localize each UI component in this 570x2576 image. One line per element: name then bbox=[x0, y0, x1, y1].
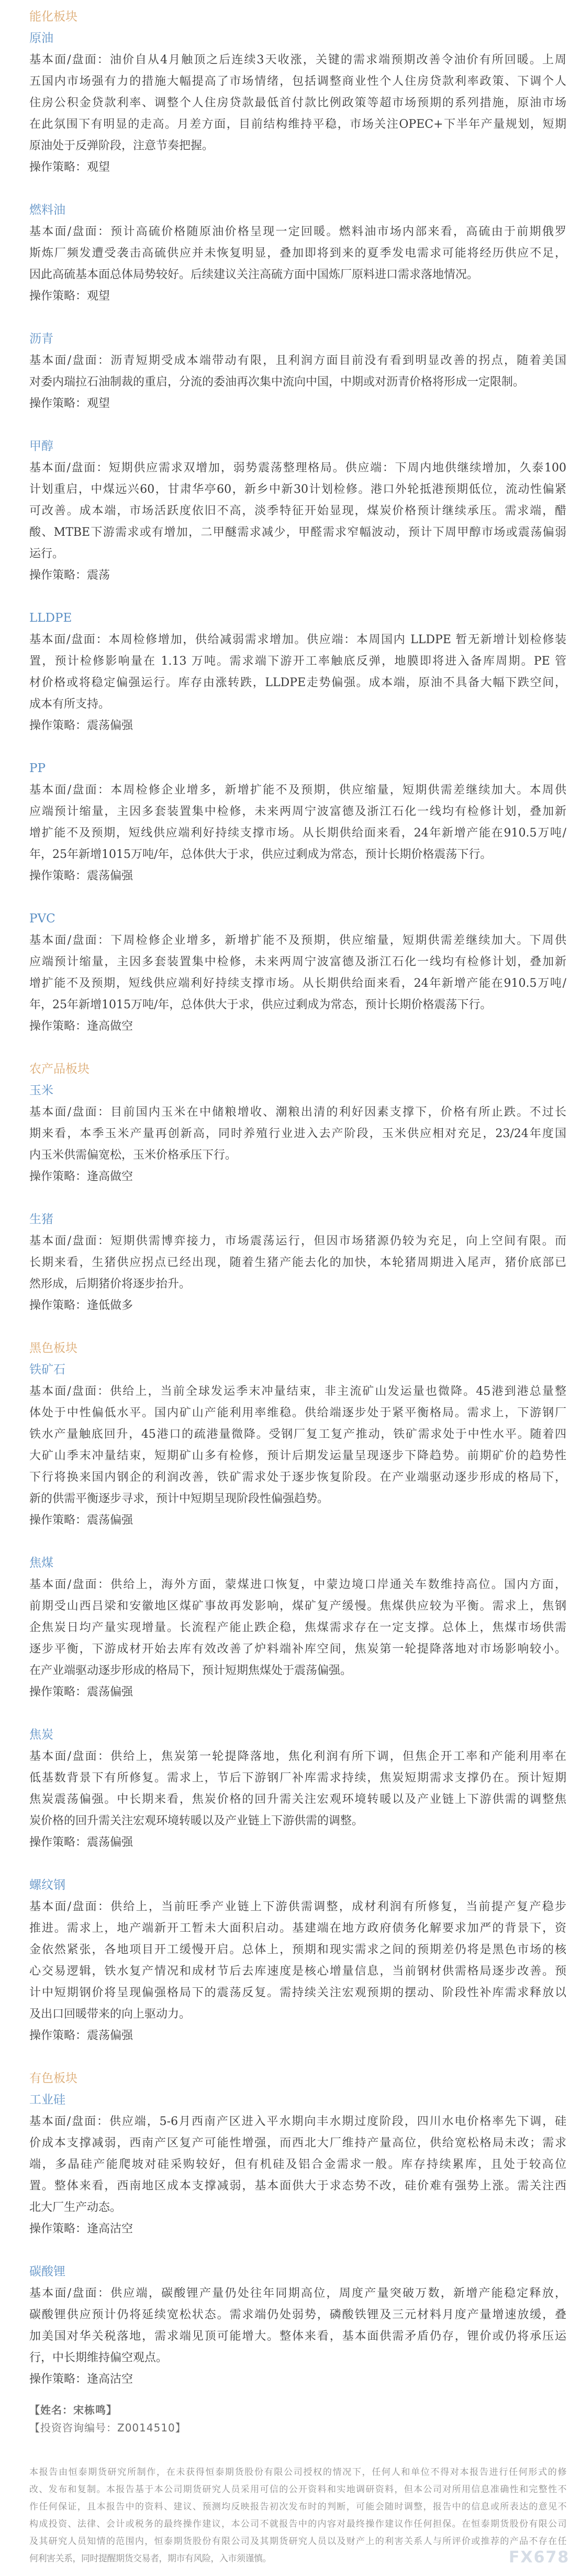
commodity-spacer bbox=[29, 307, 566, 328]
sector-section: 农产品板块玉米基本面/盘面：目前国内玉米在中储粮增收、潮粮出清的利好因素支撑下，… bbox=[29, 1059, 566, 1316]
disclaimer-line: 改、发布和复制。本报告基于本公司期货研究人员采用可信的公开资料和实地调研资料，但… bbox=[29, 2481, 566, 2498]
fundamentals-text-line: 增扩能不及预期，短线供应端利好持续支撑市场。从长期供给面来看，24年新增产能在9… bbox=[29, 822, 566, 844]
disclaimer: 本报告由恒泰期货研究所制作，在未获得恒泰期货股份有限公司授权的情况下，任何人和单… bbox=[29, 2464, 566, 2568]
commodity-analysis: 工业硅基本面/盘面：供应端，5-6月西南产区进入平水期向丰水期过度阶段，四川水电… bbox=[29, 2089, 566, 2240]
fundamentals-text-line: 对委内瑞拉石油制裁的重启，分流的委油再次集中流向中国，中期或对沥青价格将形成一定… bbox=[29, 371, 566, 393]
commodity-analysis: 铁矿石基本面/盘面：供给上，当前全球发运季末冲量结束，非主流矿山发运量也微降。4… bbox=[29, 1359, 566, 1531]
commodity-spacer bbox=[29, 178, 566, 200]
commodity-analysis: 原油基本面/盘面：油价自从4月触顶之后连续3天收涨，关键的需求端预期改善令油价有… bbox=[29, 28, 566, 178]
sector-heading: 能化板块 bbox=[29, 6, 566, 28]
strategy-text: 操作策略：逢高做空 bbox=[29, 1016, 566, 1037]
commodity-analysis: 燃料油基本面/盘面：预计高硫价格随原油价格呈现一定回暖。燃料油市场内部来看，高硫… bbox=[29, 200, 566, 307]
fundamentals-text-line: 增扩能不及预期，短线供应端利好持续支撑市场。从长期供给面来看，24年新增产能在9… bbox=[29, 973, 566, 994]
commodity-analysis: 焦煤基本面/盘面：供给上，海外方面，蒙煤进口恢复，中蒙边境口岸通关车数维持高位。… bbox=[29, 1553, 566, 1703]
fx678-watermark-logo: FX678 bbox=[509, 2548, 569, 2567]
fundamentals-text-line: 原油处于反弹阶段，注意节奏把握。 bbox=[29, 135, 566, 157]
fundamentals-text-line: 前期受山西吕梁和安徽地区煤矿事故再发影响，煤矿复产缓慢。焦煤供应较为平衡。需求上… bbox=[29, 1595, 566, 1617]
commodity-title: 燃料油 bbox=[29, 200, 566, 221]
commodity-title: 焦炭 bbox=[29, 1724, 566, 1746]
strategy-text: 操作策略：震荡 bbox=[29, 565, 566, 586]
commodity-title: 铁矿石 bbox=[29, 1359, 566, 1381]
fundamentals-text-line: 大矿山季末冲量结束，短期矿山多有检修，预计后期发运量呈现逐步下降趋势。前期矿价的… bbox=[29, 1445, 566, 1467]
fundamentals-text-line: 基本面/盘面：沥青短期受成本端带动有限，且利润方面目前没有看到明显改善的拐点，随… bbox=[29, 350, 566, 371]
sector-section: 有色板块工业硅基本面/盘面：供应端，5-6月西南产区进入平水期向丰水期过度阶段，… bbox=[29, 2068, 566, 2390]
strategy-text: 操作策略：震荡偏强 bbox=[29, 865, 566, 887]
commodity-analysis: 沥青基本面/盘面：沥青短期受成本端带动有限，且利润方面目前没有看到明显改善的拐点… bbox=[29, 328, 566, 414]
fundamentals-text-line: 铁水产量触底回升，45港口的疏港量微降。受钢厂复工复产推动，铁矿需求处于中性水平… bbox=[29, 1424, 566, 1445]
fundamentals-text-line: 然形成，后期猪价将逐步抬升。 bbox=[29, 1273, 566, 1295]
commodity-title: LLDPE bbox=[29, 608, 566, 629]
commodity-title: 碳酸锂 bbox=[29, 2261, 566, 2283]
fundamentals-text-line: 基本面/盘面：短期供需博弈接力，市场震荡运行，但因市场猪源仍较为充足，向上空间有… bbox=[29, 1230, 566, 1252]
commodity-title: 玉米 bbox=[29, 1080, 566, 1102]
fundamentals-text-line: 应端预计缩量，主因多套装置集中检修，未来两周宁波富德及浙江石化一线均有检修计划，… bbox=[29, 951, 566, 973]
fundamentals-text-line: 因此高硫基本面总体局势较好。后续建议关注高硫方面中国炼厂原料进口需求落地情况。 bbox=[29, 264, 566, 285]
commodity-analysis: 生猪基本面/盘面：短期供需博弈接力，市场震荡运行，但因市场猪源仍较为充足，向上空… bbox=[29, 1209, 566, 1316]
fundamentals-text-line: 基本面/盘面：供给上，焦炭第一轮提降落地，焦化利润有所下调，但焦企开工率和产能利… bbox=[29, 1746, 566, 1767]
commodity-title: 甲醇 bbox=[29, 436, 566, 457]
strategy-text: 操作策略：震荡偏强 bbox=[29, 1681, 566, 1703]
sector-section: 能化板块原油基本面/盘面：油价自从4月触顶之后连续3天收涨，关键的需求端预期改善… bbox=[29, 6, 566, 1037]
commodity-spacer bbox=[29, 1703, 566, 1724]
fundamentals-text-line: 心交易逻辑，铁水复产情况和成材节后去库速度是核心增量信息，当前钢材供需格局逐步改… bbox=[29, 1961, 566, 1982]
fundamentals-text-line: 五国内市场强有力的措施大幅提高了市场情绪，包括调整商业性个人住房贷款利率政策、下… bbox=[29, 71, 566, 92]
fundamentals-text-line: 基本面/盘面：短期供应需求双增加，弱势震荡整理格局。供应端：下周内地供继续增加，… bbox=[29, 457, 566, 479]
strategy-text: 操作策略：逢高沽空 bbox=[29, 2369, 566, 2390]
disclaimer-line: 本报告由恒泰期货研究所制作，在未获得恒泰期货股份有限公司授权的情况下，任何人和单… bbox=[29, 2464, 566, 2481]
fundamentals-text-line: 基本面/盘面：预计高硫价格随原油价格呈现一定回暖。燃料油市场内部来看，高硫由于前… bbox=[29, 221, 566, 243]
fundamentals-text-line: 低基数背景下有所修复。需求上，节后下游钢厂补库需求持续，焦炭短期需求支撑仍在。预… bbox=[29, 1767, 566, 1789]
fundamentals-text-line: 成本有所支持。 bbox=[29, 693, 566, 715]
strategy-text: 操作策略：逢高做空 bbox=[29, 1166, 566, 1187]
fundamentals-text-line: 新的供需平衡逐步寻求，预计中短期呈现阶段性偏强趋势。 bbox=[29, 1488, 566, 1510]
fundamentals-text-line: 基本面/盘面：下周检修企业增多，新增扩能不及预期，供应缩量，短期供需差继续加大。… bbox=[29, 930, 566, 951]
fundamentals-text-line: 金依然紧张，各地项目开工缓慢开启。总体上，预期和现实需求之间的预期差仍将是黑色市… bbox=[29, 1939, 566, 1961]
commodity-title: 螺纹钢 bbox=[29, 1875, 566, 1896]
disclaimer-line: 何利害关系，同时提醒期货交易者，期市有风险，入市须谨慎。 bbox=[29, 2550, 566, 2568]
commodity-spacer bbox=[29, 2240, 566, 2261]
section-spacer bbox=[29, 2046, 566, 2068]
commodity-title: PP bbox=[29, 758, 566, 779]
fundamentals-text-line: 应端预计缩量，主因多套装置集中检修，未来两周宁波富德及浙江石化一线均有检修计划，… bbox=[29, 801, 566, 822]
fundamentals-text-line: 基本面/盘面：供应端，碳酸锂产量仍处往年同期高位，周度产量突破万数，新增产能稳定… bbox=[29, 2283, 566, 2304]
section-spacer bbox=[29, 1316, 566, 1338]
fundamentals-text-line: 年，25年新增1015万吨/年，总体供大于求，供应过剩成为常态，预计长期价格震荡… bbox=[29, 844, 566, 865]
commodity-analysis: LLDPE基本面/盘面：本周检修增加，供给减弱需求增加。供应端：本周国内 LLD… bbox=[29, 608, 566, 736]
fundamentals-text-line: 期来看，本季玉米产量再创新高，同时养殖行业进入去产阶段，玉米供应相对充足，23/… bbox=[29, 1123, 566, 1144]
fundamentals-text-line: 置，预计检修影响量在 1.13 万吨。需求端下游开工率触底反弹，地膜即将进入备库… bbox=[29, 651, 566, 672]
commodity-title: 生猪 bbox=[29, 1209, 566, 1230]
strategy-text: 操作策略：震荡偏强 bbox=[29, 1832, 566, 1853]
fundamentals-text-line: 在产业端驱动逐步形成的格局下，预计短期焦煤处于震荡偏强。 bbox=[29, 1660, 566, 1681]
fundamentals-text-line: 年，25年新增1015万吨/年，总体供大于求，供应过剩成为常态，预计长期价格震荡… bbox=[29, 994, 566, 1016]
fundamentals-text-line: 推进。需求上，地产端新开工暂未大面积启动。基建端在地方政府债务化解要求加严的背景… bbox=[29, 1918, 566, 1939]
fundamentals-text-line: 焦炭震荡偏强。中长期来看，焦炭价格的回升需关注宏观环境转暖以及产业链上下游供需的… bbox=[29, 1789, 566, 1810]
commodity-analysis: 甲醇基本面/盘面：短期供应需求双增加，弱势震荡整理格局。供应端：下周内地供继续增… bbox=[29, 436, 566, 586]
fundamentals-text-line: 计划重启，中煤远兴60，甘肃华亭60，新乡中新30计划检修。港口外轮抵港预期低位… bbox=[29, 479, 566, 500]
fundamentals-text-line: 碳酸锂供应预计仍将延续宽松状态。需求端仍处弱势，磷酸铁锂及三元材料月度产量增速放… bbox=[29, 2304, 566, 2326]
fundamentals-text-line: 运行。 bbox=[29, 543, 566, 565]
fundamentals-text-line: 行，中长期维持偏空观点。 bbox=[29, 2347, 566, 2369]
strategy-text: 操作策略：观望 bbox=[29, 285, 566, 307]
fundamentals-text-line: 材价格或将稳定偏强运行。库存由涨转跌，LLDPE走势偏强。成本端，原油不具备大幅… bbox=[29, 672, 566, 693]
strategy-text: 操作策略：逢低做多 bbox=[29, 1295, 566, 1316]
commodity-title: 工业硅 bbox=[29, 2089, 566, 2111]
fundamentals-text-line: 逐步平衡，下游成材开始去库有效改善了炉料端补库空间，焦炭第一轮提降落地对市场影响… bbox=[29, 1638, 566, 1660]
fundamentals-text-line: 价成本支撑减弱，西南产区复产可能性增强，而西北大厂维持产量高位，供给宽松格局未改… bbox=[29, 2132, 566, 2154]
author-name: 【姓名：宋栋鸣】 bbox=[29, 2401, 566, 2419]
fundamentals-text-line: 基本面/盘面：供给上，当前旺季产业链上下游供需调整，成材利润有所修复，当前提产复… bbox=[29, 1896, 566, 1918]
strategy-text: 操作策略：震荡偏强 bbox=[29, 1510, 566, 1531]
fundamentals-text-line: 斯炼厂频发遭受袭击高硫供应并未恢复明显，叠加即将到来的夏季发电需求可能将经历供应… bbox=[29, 243, 566, 264]
fundamentals-text-line: 基本面/盘面：本周检修企业增多，新增扩能不及预期，供应缩量，短期供需差继续加大。… bbox=[29, 779, 566, 801]
fundamentals-text-line: 可改善。成本端，市场活跃度依旧不高，淡季特征开始显现，煤炭价格预计继续承压。需求… bbox=[29, 500, 566, 522]
fundamentals-text-line: 基本面/盘面：供给上，海外方面，蒙煤进口恢复，中蒙边境口岸通关车数维持高位。国内… bbox=[29, 1574, 566, 1595]
fundamentals-text-line: 炭价格的回升需关注宏观环境转暖以及产业链上下游供需的调整。 bbox=[29, 1810, 566, 1832]
report-body: 能化板块原油基本面/盘面：油价自从4月触顶之后连续3天收涨，关键的需求端预期改善… bbox=[29, 6, 566, 2390]
section-spacer bbox=[29, 1037, 566, 1059]
commodity-title: 沥青 bbox=[29, 328, 566, 350]
disclaimer-line: 及其研究人员知情的范围内，恒泰期货股份有限公司及其期货研究人员以及财产上的利害关… bbox=[29, 2533, 566, 2550]
fundamentals-text-line: 住房公积金贷款利率、调整个人住房贷款最低首付款比例政策等超市场预期的系列措施，原… bbox=[29, 92, 566, 114]
fundamentals-text-line: 及出口回暖带来的向上驱动力。 bbox=[29, 2003, 566, 2025]
fundamentals-text-line: 长期来看，生猪供应拐点已经出现，随着生猪产能去化的加快，本轮猪周期进入尾声，猪价… bbox=[29, 1252, 566, 1273]
disclaimer-line: 作任何保证，且本报告中的资料、建议、预测均反映报告初次发布时的判断，可能会随时调… bbox=[29, 2498, 566, 2516]
fundamentals-text-line: 基本面/盘面：供给上，当前全球发运季末冲量结束，非主流矿山发运量也微降。45港到… bbox=[29, 1381, 566, 1402]
commodity-title: PVC bbox=[29, 908, 566, 930]
sector-heading: 有色板块 bbox=[29, 2068, 566, 2089]
fundamentals-text-line: 计中短期钢价将呈现偏强格局下的震荡反复。需持续关注宏观预期的摆动、阶段性补库需求… bbox=[29, 1982, 566, 2003]
commodity-analysis: 碳酸锂基本面/盘面：供应端，碳酸锂产量仍处往年同期高位，周度产量突破万数，新增产… bbox=[29, 2261, 566, 2390]
fundamentals-text-line: 基本面/盘面：油价自从4月触顶之后连续3天收涨，关键的需求端预期改善令油价有所回… bbox=[29, 49, 566, 71]
commodity-spacer bbox=[29, 586, 566, 608]
commodity-analysis: 玉米基本面/盘面：目前国内玉米在中储粮增收、潮粮出清的利好因素支撑下，价格有所止… bbox=[29, 1080, 566, 1187]
commodity-spacer bbox=[29, 1531, 566, 1553]
fundamentals-text-line: 内玉米供需偏宽松，玉米价格承压下行。 bbox=[29, 1144, 566, 1166]
sector-section: 黑色板块铁矿石基本面/盘面：供给上，当前全球发运季末冲量结束，非主流矿山发运量也… bbox=[29, 1338, 566, 2046]
commodity-analysis: PVC基本面/盘面：下周检修企业增多，新增扩能不及预期，供应缩量，短期供需差继续… bbox=[29, 908, 566, 1037]
commodity-spacer bbox=[29, 414, 566, 436]
disclaimer-line: 构成投资、法律、会计或税务的最终操作建议，本公司不就报告中的内容对最终操作建议作… bbox=[29, 2516, 566, 2533]
fundamentals-text-line: 北大厂生产动态。 bbox=[29, 2197, 566, 2218]
commodity-spacer bbox=[29, 736, 566, 758]
license-number: 【投资咨询编号：Z0014510】 bbox=[29, 2419, 566, 2437]
fundamentals-text-line: 基本面/盘面：供应端，5-6月西南产区进入平水期向丰水期过度阶段，四川水电价格率… bbox=[29, 2111, 566, 2132]
fundamentals-text-line: 企焦炭日均产量实现增量。长流程产能止跌企稳，焦煤需求存在一定支撑。总体上，焦煤市… bbox=[29, 1617, 566, 1638]
strategy-text: 操作策略：观望 bbox=[29, 393, 566, 414]
fundamentals-text-line: 酸、MTBE下游需求或有增加，二甲醚需求减少，甲醛需求窄幅波动，预计下周甲醇市场… bbox=[29, 522, 566, 543]
commodity-analysis: 螺纹钢基本面/盘面：供给上，当前旺季产业链上下游供需调整，成材利润有所修复，当前… bbox=[29, 1875, 566, 2046]
fundamentals-text-line: 下行将换来国内钢企的利润改善，铁矿需求处于逐步恢复阶段。在产业端驱动逐步形成的格… bbox=[29, 1467, 566, 1488]
commodity-analysis: 焦炭基本面/盘面：供给上，焦炭第一轮提降落地，焦化利润有所下调，但焦企开工率和产… bbox=[29, 1724, 566, 1853]
sector-heading: 农产品板块 bbox=[29, 1059, 566, 1080]
strategy-text: 操作策略：逢高沽空 bbox=[29, 2218, 566, 2240]
strategy-text: 操作策略：震荡偏强 bbox=[29, 2025, 566, 2046]
fundamentals-text-line: 置。整体来看，西南地区成本支撑减弱，基本面供大于求态势不改，硅价难有强势上涨。需… bbox=[29, 2175, 566, 2197]
commodity-title: 原油 bbox=[29, 28, 566, 49]
fundamentals-text-line: 加美国对华关税落地，需求端见顶可能增大。整体来看，基本面供需矛盾仍存，锂价或仍将… bbox=[29, 2326, 566, 2347]
fundamentals-text-line: 端，多晶硅产能爬坡对硅采购较好，但有机硅及铝合金需求一般。库存持续累库，且处于较… bbox=[29, 2154, 566, 2175]
commodity-spacer bbox=[29, 1187, 566, 1209]
strategy-text: 操作策略：震荡偏强 bbox=[29, 715, 566, 736]
fundamentals-text-line: 基本面/盘面：本周检修增加，供给减弱需求增加。供应端：本周国内 LLDPE 暂无… bbox=[29, 629, 566, 651]
sector-heading: 黑色板块 bbox=[29, 1338, 566, 1359]
commodity-title: 焦煤 bbox=[29, 1553, 566, 1574]
commodity-spacer bbox=[29, 887, 566, 908]
fundamentals-text-line: 体处于中性偏低水平。国内矿山产能利用率维稳。供给端逐步处于紧平衡格局。需求上，下… bbox=[29, 1402, 566, 1424]
commodity-spacer bbox=[29, 1853, 566, 1875]
fundamentals-text-line: 基本面/盘面：目前国内玉米在中储粮增收、潮粮出清的利好因素支撑下，价格有所止跌。… bbox=[29, 1102, 566, 1123]
fundamentals-text-line: 在此氛围下有明显的走高。月差方面，目前结构维持平稳，市场关注OPEC+下半年产量… bbox=[29, 114, 566, 135]
commodity-analysis: PP基本面/盘面：本周检修企业增多，新增扩能不及预期，供应缩量，短期供需差继续加… bbox=[29, 758, 566, 887]
author-signature: 【姓名：宋栋鸣】 【投资咨询编号：Z0014510】 bbox=[29, 2401, 566, 2437]
strategy-text: 操作策略：观望 bbox=[29, 157, 566, 178]
